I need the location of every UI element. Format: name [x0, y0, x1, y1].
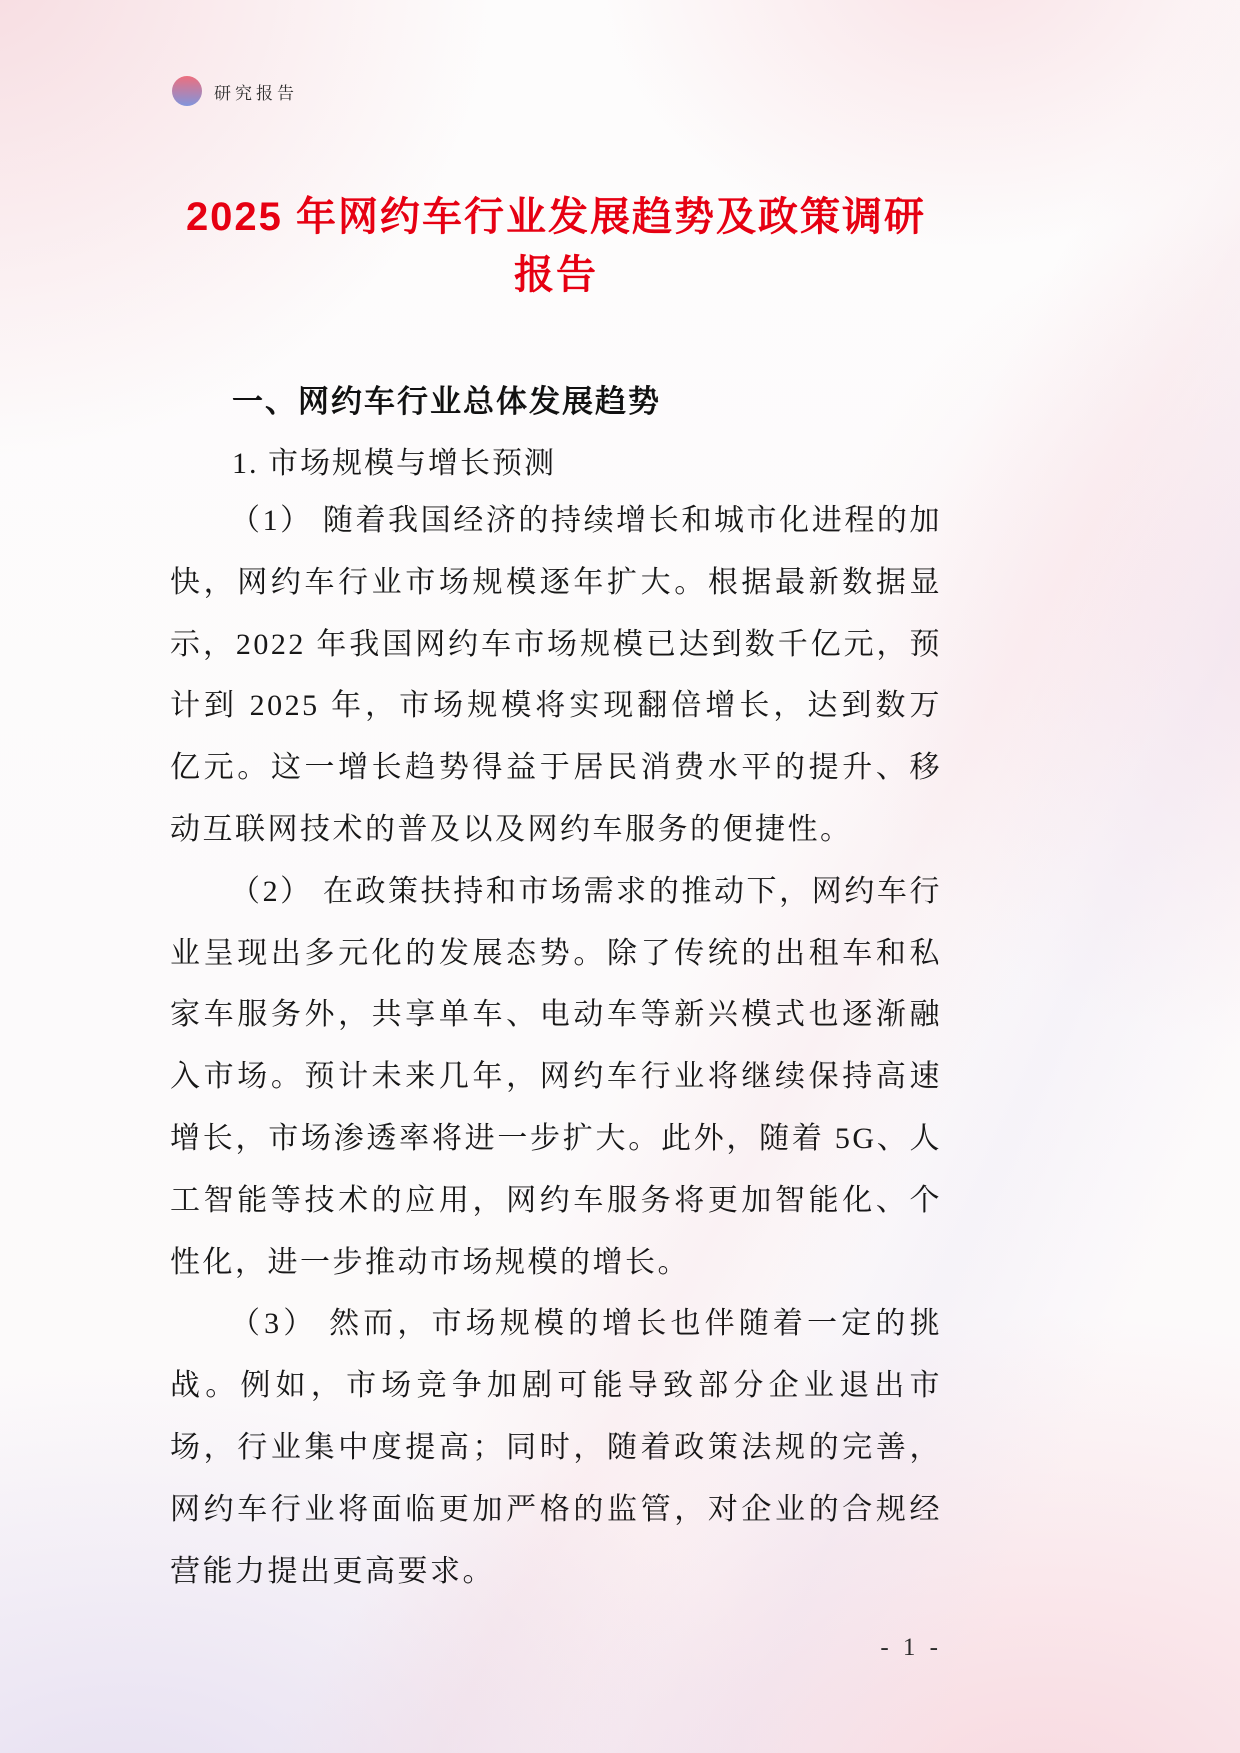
- report-page: 研究报告 2025 年网约车行业发展趋势及政策调研报告 一、网约车行业总体发展趋…: [0, 0, 1240, 1753]
- subsection-heading: 1. 市场规模与增长预测: [170, 444, 942, 484]
- paragraph-2: （2） 在政策扶持和市场需求的推动下，网约车行业呈现出多元化的发展态势。除了传统…: [170, 861, 942, 1294]
- section-heading: 一、网约车行业总体发展趋势: [170, 380, 942, 424]
- page-number: - 1 -: [880, 1634, 942, 1661]
- paragraph-3: （3） 然而，市场规模的增长也伴随着一定的挑战。例如，市场竞争加剧可能导致部分企…: [170, 1293, 942, 1602]
- doc-footer: - 1 -: [170, 1634, 942, 1662]
- report-title: 2025 年网约车行业发展趋势及政策调研报告: [170, 188, 942, 304]
- document-body: 2025 年网约车行业发展趋势及政策调研报告 一、网约车行业总体发展趋势 1. …: [170, 0, 942, 1602]
- paragraph-1: （1） 随着我国经济的持续增长和城市化进程的加快，网约车行业市场规模逐年扩大。根…: [170, 490, 942, 861]
